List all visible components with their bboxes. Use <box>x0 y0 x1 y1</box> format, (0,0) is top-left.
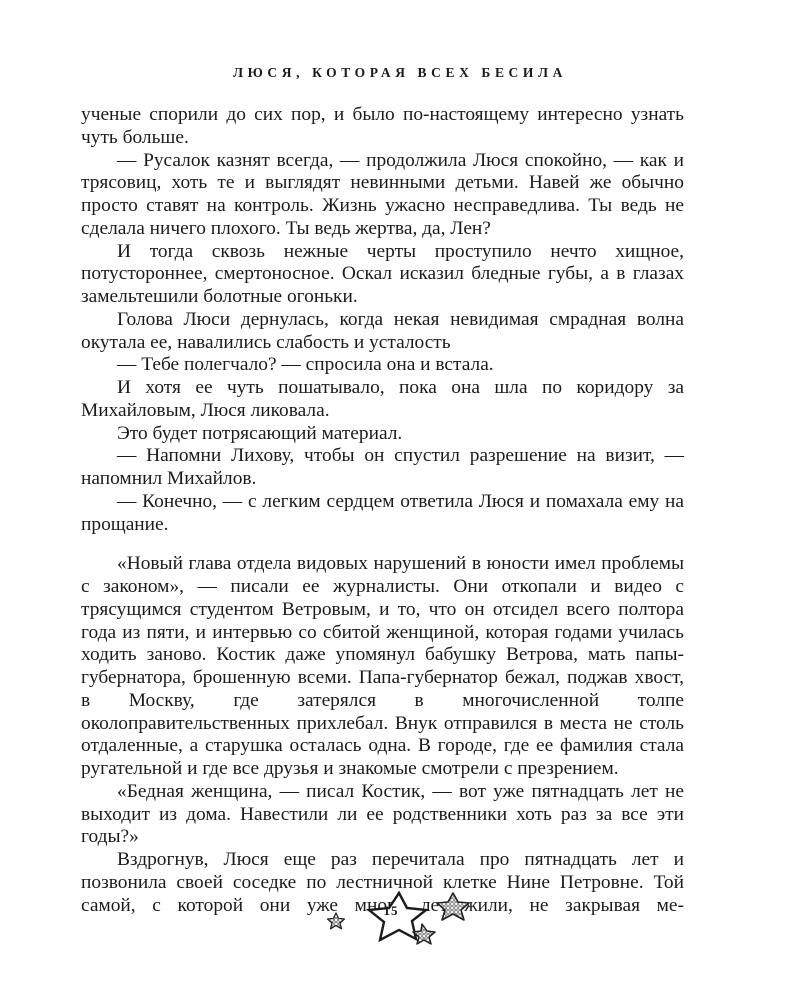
paragraph: — Конечно, — с легким сердцем ответила Л… <box>81 491 684 537</box>
paragraph: И хотя ее чуть пошатывало, пока она шла … <box>81 377 684 423</box>
small-star-icon <box>328 913 345 929</box>
patterned-star-icon <box>437 893 469 920</box>
paragraph: И тогда сквозь нежные черты проступило н… <box>81 241 684 309</box>
paragraph: ученые спорили до сих пор, и было по-нас… <box>81 104 684 150</box>
page-folio: 15 <box>320 880 490 960</box>
page-number: 15 <box>378 903 404 919</box>
paragraph: «Новый глава отдела видовых нарушений в … <box>81 553 684 781</box>
section-break <box>81 536 684 553</box>
body-text: ученые спорили до сих пор, и было по-нас… <box>81 104 684 917</box>
paragraph: «Бедная женщина, — писал Костик, — вот у… <box>81 781 684 849</box>
paragraph: — Тебе полегчало? — спросила она и встал… <box>81 354 684 377</box>
patterned-star-icon <box>413 924 435 944</box>
paragraph: — Русалок казнят всегда, — продолжила Лю… <box>81 150 684 241</box>
paragraph: Это будет потрясающий материал. <box>81 423 684 446</box>
running-head: ЛЮСЯ, КОТОРАЯ ВСЕХ БЕСИЛА <box>0 65 800 81</box>
paragraph: Голова Люси дернулась, когда некая невид… <box>81 309 684 355</box>
paragraph: — Напомни Лихову, чтобы он спустил разре… <box>81 445 684 491</box>
